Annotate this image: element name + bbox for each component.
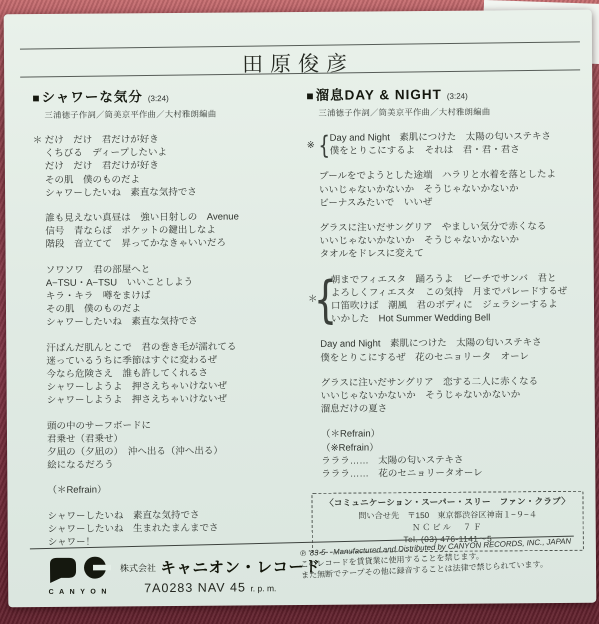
song1-header: ■ シャワーな気分 (3:24) bbox=[32, 84, 298, 106]
lyric-line: 階段 音立てて 昇ってかなきゃいいだろ bbox=[45, 236, 299, 251]
lyric-block: グラスに注いだサングリア やましい気分で赤くなるいいじゃないかないか そうじゃな… bbox=[307, 220, 583, 262]
verse-marker: ＊ bbox=[33, 134, 46, 200]
lyric-lines: Day and Night 素肌につけた 太陽の匂いステキさ僕をとりこにするぜ … bbox=[320, 336, 584, 364]
verse-marker bbox=[34, 342, 47, 408]
company-prefix: 株式会社 bbox=[120, 563, 156, 573]
song1-credits: 三浦徳子作詞／筒美京平作曲／大村雅朗編曲 bbox=[44, 107, 298, 121]
lyric-line: 溜息だけの夏さ bbox=[321, 401, 585, 416]
lyric-line: タオルをドレスに変えて bbox=[320, 246, 584, 261]
catalog-number: 7A0283 NAV 45 r. p. m. bbox=[144, 580, 300, 595]
lyric-block: 頭の中のサーフボードに君乗せ（君乗せ）夕凪の（夕凪の） 沖へ出る（沖へ出る）絵に… bbox=[35, 418, 301, 473]
brace-icon: { bbox=[321, 273, 329, 326]
lyric-lines: （＊Refrain）（※Refrain）ラララ…… 太陽の匂いステキさラララ……… bbox=[321, 426, 585, 481]
lyric-block: 誰も見えない真昼は 強い日射しの Avenue信号 青ならば ポケットの鍵出しな… bbox=[33, 210, 299, 252]
song2-credits: 三浦徳子作詞／筒美京平作曲／大村雅朗編曲 bbox=[318, 105, 582, 119]
lyric-sheet: 田原俊彦 ■ シャワーな気分 (3:24) 三浦徳子作詞／筒美京平作曲／大村雅朗… bbox=[4, 10, 597, 608]
lyric-lines: 頭の中のサーフボードに君乗せ（君乗せ）夕凪の（夕凪の） 沖へ出る（沖へ出る）絵に… bbox=[47, 418, 301, 473]
verse-marker bbox=[307, 170, 319, 210]
lyric-block: 汗ばんだ肌んとこで 君の巻き毛が濡れてる迷っているうちに季節はすぐに変わるぜ今な… bbox=[34, 340, 301, 408]
lyric-block: グラスに注いだサングリア 恋する二人に赤くなるいいじゃないかないか そうじゃない… bbox=[309, 375, 585, 417]
lyric-block: ＊{朝までフィエスタ 踊ろうよ ビーチでサンバ 君とよろしくフィエスタ この気持… bbox=[308, 271, 584, 326]
lyric-line: 口笛吹けば 潮風 君のボディに ジェラシーするよ bbox=[331, 298, 584, 313]
lyric-lines: Day and Night 素肌につけた 太陽の匂いステキさ僕をとりこにするよ … bbox=[330, 130, 583, 158]
lyric-lines: ソワソワ 君の部屋へとA−TSU・A−TSU いいことしようキラ・キラ 噂をまけ… bbox=[46, 262, 301, 330]
song2-lyrics: ※{Day and Night 素肌につけた 太陽の匂いステキさ僕をとりこにする… bbox=[307, 130, 586, 481]
company-name: キャニオン・レコード bbox=[160, 559, 320, 577]
brace-icon: { bbox=[320, 132, 328, 158]
verse-marker bbox=[309, 377, 321, 417]
catalog-main: 7A0283 NAV 45 bbox=[144, 580, 246, 595]
lyric-block: Day and Night 素肌につけた 太陽の匂いステキさ僕をとりこにするぜ … bbox=[308, 336, 584, 365]
fan-club-title: 〈コミュニケーション・スーパー・スリー ファン・クラブ〉 bbox=[316, 495, 578, 509]
lyric-line: シャワーしたいね 素直な気持でさ bbox=[46, 314, 300, 329]
lyric-lines: 汗ばんだ肌んとこで 君の巻き毛が濡れてる迷っているうちに季節はすぐに変わるぜ今な… bbox=[46, 340, 301, 408]
lyric-lines: プールをでようとした途端 ハラリと水着を落としたよいいじゃないかないか そうじゃ… bbox=[319, 168, 583, 210]
lyric-block: ＊だけ だけ 君だけが好きくちびる ディープしたいよだけ だけ 君だけが好きその… bbox=[33, 132, 300, 200]
lyric-line: シャワーしようよ 押さえちゃいけないぜ bbox=[47, 392, 301, 407]
lyric-block: （＊Refrain） bbox=[35, 482, 301, 497]
song1-title: シャワーな気分 bbox=[41, 85, 142, 106]
verse-marker bbox=[308, 338, 320, 364]
lyric-block: ※{Day and Night 素肌につけた 太陽の匂いステキさ僕をとりこにする… bbox=[307, 130, 583, 159]
song-column-right: ■ 溜息DAY & NIGHT (3:24) 三浦徳子作詞／筒美京平作曲／大村雅… bbox=[306, 82, 586, 553]
lyric-lines: （＊Refrain） bbox=[47, 482, 301, 497]
catalog-rpm: r. p. m. bbox=[250, 583, 276, 593]
canyon-logo-icon bbox=[45, 556, 111, 583]
lyric-block: （＊Refrain）（※Refrain）ラララ…… 太陽の匂いステキさラララ……… bbox=[309, 426, 585, 481]
verse-marker bbox=[36, 510, 48, 550]
song2-title: 溜息DAY & NIGHT bbox=[315, 83, 441, 104]
lyric-lines: グラスに注いだサングリア 恋する二人に赤くなるいいじゃないかないか そうじゃない… bbox=[321, 375, 585, 417]
song1-lyrics: ＊だけ だけ 君だけが好きくちびる ディープしたいよだけ だけ 君だけが好きその… bbox=[33, 132, 302, 549]
lyric-lines: だけ だけ 君だけが好きくちびる ディープしたいよだけ だけ 君だけが好きその肌… bbox=[45, 132, 300, 200]
song2-duration: (3:24) bbox=[447, 92, 468, 101]
lyric-line: 僕をとりこにするよ それは 君・君・君さ bbox=[330, 143, 583, 158]
lyric-block: ソワソワ 君の部屋へとA−TSU・A−TSU いいことしようキラ・キラ 噂をまけ… bbox=[34, 262, 301, 330]
lyric-line: ラララ…… 花のセニョリータオーレ bbox=[321, 466, 585, 481]
lyric-line: シャワーしたいね 素直な気持でさ bbox=[45, 185, 299, 200]
song2-bullet-icon: ■ bbox=[306, 89, 313, 103]
lyric-line: プールをでようとした途端 ハラリと水着を落としたよ bbox=[319, 168, 583, 183]
lyric-line: 絵になるだろう bbox=[47, 457, 301, 472]
lyric-line: グラスに注いだサングリア やましい気分で赤くなる bbox=[319, 220, 583, 235]
photo-background: 田原俊彦 ■ シャワーな気分 (3:24) 三浦徳子作詞／筒美京平作曲／大村雅朗… bbox=[0, 0, 599, 624]
song1-duration: (3:24) bbox=[148, 94, 169, 103]
lyric-line: ビーナスみたいで いいぜ bbox=[319, 195, 583, 210]
verse-marker bbox=[33, 212, 45, 252]
lyric-lines: グラスに注いだサングリア やましい気分で赤くなるいいじゃないかないか そうじゃな… bbox=[319, 220, 583, 262]
lyric-lines: 誰も見えない真昼は 強い日射しの Avenue信号 青ならば ポケットの鍵出しな… bbox=[45, 210, 299, 252]
lyric-line: Day and Night 素肌につけた 太陽の匂いステキさ bbox=[330, 130, 583, 145]
lyric-block: プールをでようとした途端 ハラリと水着を落としたよいいじゃないかないか そうじゃ… bbox=[307, 168, 583, 210]
song-column-left: ■ シャワーな気分 (3:24) 三浦徳子作詞／筒美京平作曲／大村雅朗編曲 ＊だ… bbox=[32, 84, 302, 561]
verse-marker: ※ bbox=[307, 138, 319, 151]
verse-marker bbox=[34, 264, 47, 330]
lyric-line: いかした Hot Summer Wedding Bell bbox=[331, 311, 584, 326]
verse-marker bbox=[309, 428, 321, 481]
company-line: 株式会社 キャニオン・レコード 7A0283 NAV 45 r. p. m. bbox=[120, 555, 300, 595]
verse-marker bbox=[35, 420, 47, 473]
lyric-line: 僕をとりこにするぜ 花のセニョリータ オーレ bbox=[320, 349, 584, 364]
lyric-line: （＊Refrain） bbox=[47, 482, 301, 497]
song2-header: ■ 溜息DAY & NIGHT (3:24) bbox=[306, 82, 582, 104]
song1-bullet-icon: ■ bbox=[32, 91, 39, 105]
canyon-logo-word: CANYON bbox=[42, 588, 114, 596]
verse-marker bbox=[35, 484, 47, 497]
canyon-logo: CANYON bbox=[42, 556, 114, 596]
verse-marker bbox=[307, 222, 319, 262]
lyric-lines: 朝までフィエスタ 踊ろうよ ビーチでサンバ 君とよろしくフィエスタ この気持 月… bbox=[331, 271, 584, 326]
